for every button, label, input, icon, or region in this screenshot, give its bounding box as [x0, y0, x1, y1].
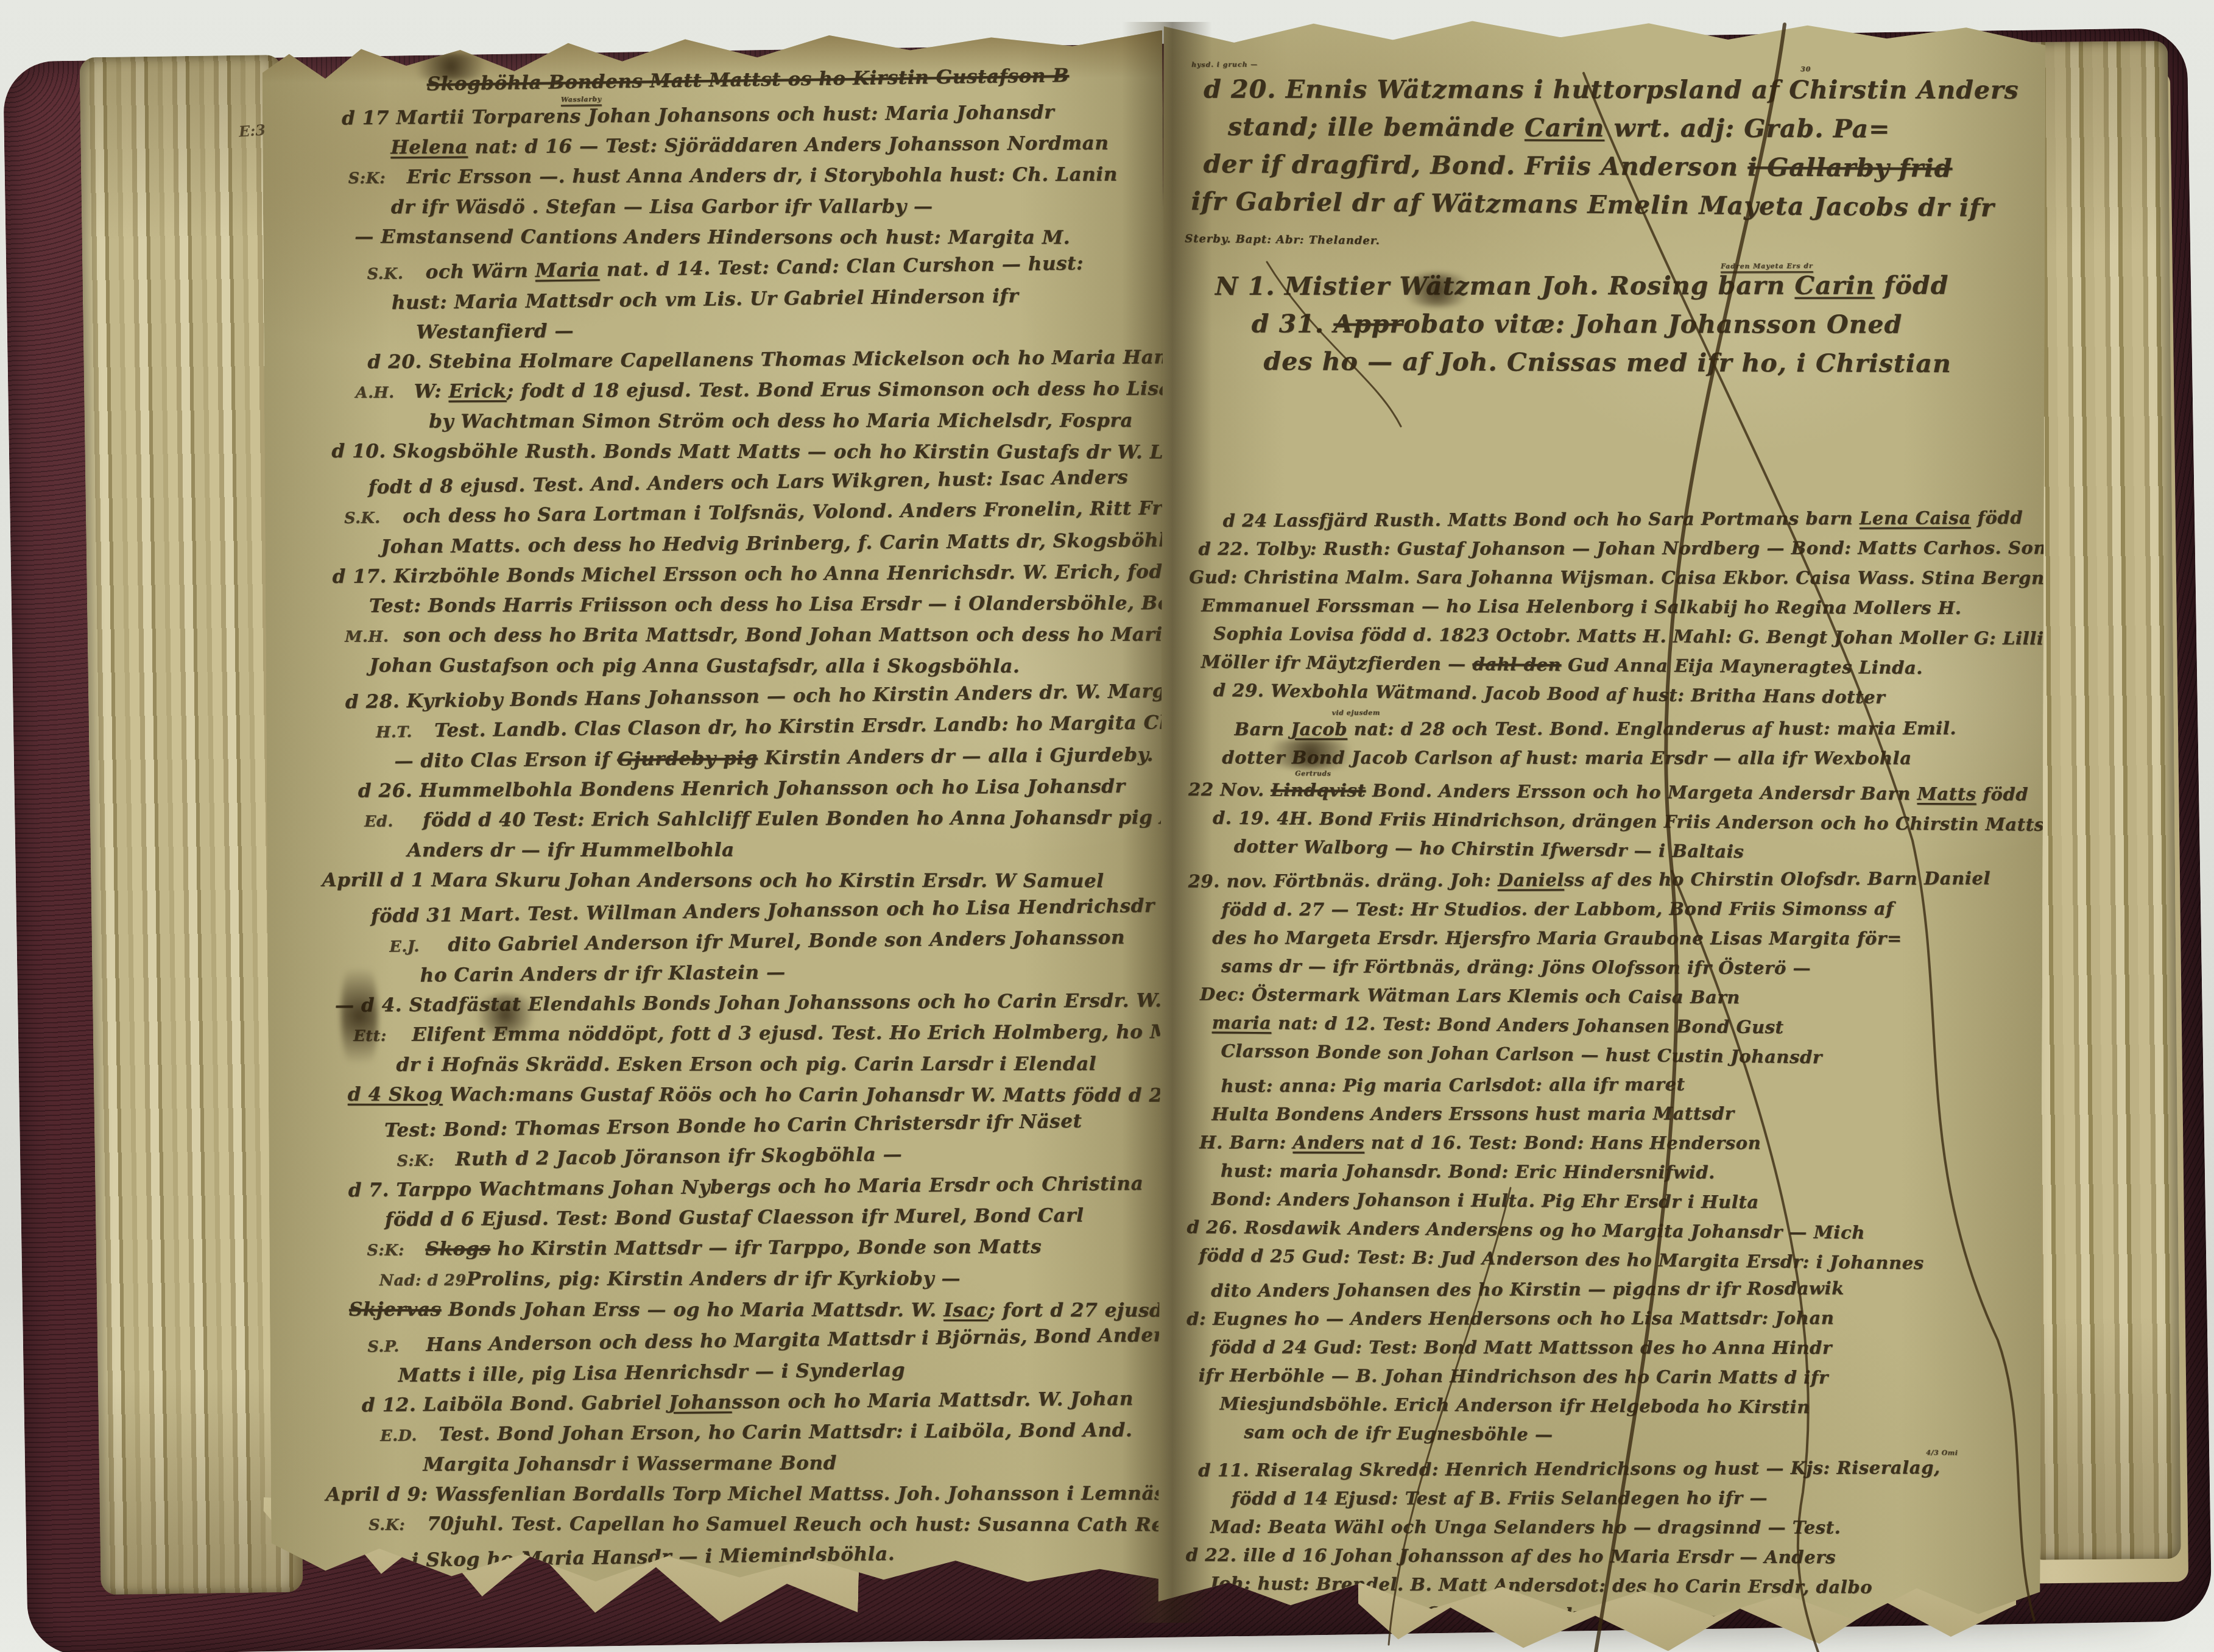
manuscript-line-text: dr ifr Wäsdö . Stefan — Lisa Garbor ifr … — [391, 196, 933, 218]
edge-margin-note: E:3 — [238, 121, 266, 141]
manuscript-line: Test: Bonds Harris Friisson och dess ho … — [369, 588, 1161, 621]
manuscript-line: — d 4. Stadfästat Elendahls Bonds Johan … — [335, 985, 1163, 1020]
manuscript-line: Nad: d 29Prolins, pig: Kirstin Anders dr… — [379, 1263, 1165, 1296]
manuscript-line-text: 70juhl. Test. Capellan ho Samuel Reuch o… — [427, 1513, 1172, 1536]
manuscript-line: hysd. i gruch — — [1191, 59, 2038, 67]
manuscript-line-text: Dec: Östermark Wätman Lars Klemis och Ca… — [1200, 984, 1740, 1008]
manuscript-line: S.K:70juhl. Test. Capellan ho Samuel Reu… — [368, 1509, 1166, 1541]
manuscript-line: dr ifr Wäsdö . Stefan — Lisa Garbor ifr … — [391, 191, 1158, 222]
manuscript-line-text: Joh: hust: Brendel. B. Matt Andersdot: d… — [1210, 1573, 1873, 1598]
manuscript-line-text: d 31. Approbato vitæ: Johan Johansson On… — [1252, 309, 1902, 339]
manuscript-line-text: d 7. Tarppo Wachtmans Johan Nybergs och … — [348, 1173, 1144, 1201]
manuscript-line: d 22. ille d 16 Johan Johansson af des h… — [1186, 1541, 2034, 1573]
manuscript-line-text: des ho Margeta Ersdr. Hjersfro Maria Gra… — [1212, 927, 1902, 948]
margin-code: H.T. — [376, 716, 435, 747]
manuscript-line-text: sam och de ifr Eugnesböhle — — [1244, 1421, 1553, 1444]
margin-code: Nad: d 29 — [379, 1265, 467, 1295]
manuscript-line-text: Skogböhla Bondens Matt Mattst os ho Kirs… — [427, 65, 1070, 95]
manuscript-line: A.H.W: Erick; fodt d 18 ejusd. Test. Bon… — [356, 373, 1160, 408]
manuscript-line-text: hust: Maria Mattsdr och vm Lis. Ur Gabri… — [392, 285, 1019, 314]
manuscript-line-text: född d 25 Gud: Test: B: Jud Anderson des… — [1199, 1244, 1924, 1273]
manuscript-line: dr i Hofnäs Skrädd. Esken Erson och pig.… — [397, 1048, 1164, 1080]
manuscript-line-text: d 24 Lassfjärd Rusth. Matts Bond och ho … — [1223, 507, 2023, 531]
manuscript-line: M.H.son och dess ho Brita Mattsdr, Bond … — [345, 619, 1161, 652]
manuscript-line-text: ho Carin Anders dr ifr Klastein — — [420, 961, 786, 986]
manuscript-line: 29. nov. Förtbnäs. dräng. Joh: Danielss … — [1188, 863, 2037, 895]
manuscript-line-text: der if dragfird, Bond. Friis Anderson i … — [1204, 149, 1953, 183]
manuscript-line-text: W: Erick; fodt d 18 ejusd. Test. Bond Er… — [414, 377, 1172, 402]
manuscript-line: Hulta Bondens Anders Erssons hust maria … — [1211, 1098, 2036, 1129]
manuscript-line-text: Sophia Lovisa född d. 1823 Octobr. Matts… — [1213, 623, 2046, 649]
manuscript-line: född d. 27 — Test: Hr Studios. der Labbo… — [1221, 894, 2036, 924]
margin-code: S:K: — [397, 1145, 456, 1176]
manuscript-line-text: ifr Herböhle — B. Johan Hindrichson des … — [1199, 1364, 1828, 1388]
manuscript-line-text: Test. Bond Johan Erson, ho Carin Mattsdr… — [439, 1419, 1132, 1445]
manuscript-line-text: 29. nov. Förtbnäs. dräng. Joh: Danielss … — [1188, 867, 1991, 891]
manuscript-line-text: född d 40 Test: Erich Sahlcliff Eulen Bo… — [423, 807, 1172, 831]
manuscript-line-text: Westanfierd — — [416, 320, 574, 343]
manuscript-line-text: Bond: Anders Johanson i Hulta. Pig Ehr E… — [1211, 1188, 1759, 1212]
manuscript-line-text: Test: Bonds Harris Friisson och dess ho … — [369, 591, 1172, 616]
manuscript-line: H. Barn: Anders nat d 16. Test: Bond: Ha… — [1199, 1128, 2036, 1157]
manuscript-line-text: Clarsson Bonde son Johan Carlson — hust … — [1221, 1040, 1822, 1068]
manuscript-line: E.D.Test. Bond Johan Erson, ho Carin Mat… — [380, 1414, 1166, 1450]
manuscript-line: Helena nat: d 16 — Test: Sjöräddaren And… — [390, 127, 1158, 163]
manuscript-line-text: född 31 Mart. Test. Willman Anders Johan… — [371, 895, 1155, 927]
manuscript-line-text: född d 14 Ejusd: Test af B. Friis Seland… — [1232, 1488, 1768, 1509]
margin-code: A.H. — [356, 376, 414, 407]
manuscript-line: född d 24 Gud: Test: Bond Matt Mattsson … — [1211, 1332, 2035, 1362]
manuscript-line: d 24 Lassfjärd Rusth. Matts Bond och ho … — [1223, 503, 2038, 535]
left-page: Skogböhla Bondens Matt Mattst os ho Kirs… — [262, 30, 1172, 1587]
manuscript-line-text: och dess ho Sara Lortman i Tolfsnäs, Vol… — [403, 497, 1172, 528]
manuscript-line: S:K:Eric Ersson —. hust Anna Anders dr, … — [348, 159, 1158, 193]
manuscript-line: d 20. Ennis Wätzmans i huttorpsland af C… — [1204, 70, 2038, 109]
manuscript-line: stand; ille bemände Carin wrt. adj: Grab… — [1228, 108, 2038, 149]
manuscript-line: Westanfierd — — [416, 311, 1159, 347]
ink-smear — [1252, 739, 1368, 769]
manuscript-line: d 11. Riseralag Skredd: Henrich Hendrich… — [1198, 1453, 2034, 1485]
manuscript-line: — dito Clas Erson if Gjurdeby pig Kirsti… — [394, 740, 1162, 777]
manuscript-line: d 22. Tolby: Rusth: Gustaf Johanson — Jo… — [1199, 533, 2038, 563]
manuscript-line-text: — d 4. Stadfästat Elendahls Bonds Johan … — [335, 989, 1172, 1017]
manuscript-line-text: d 20. Stebina Holmare Capellanens Thomas… — [367, 346, 1171, 373]
manuscript-line: d 26. Hummelbohla Bondens Henrich Johans… — [358, 771, 1162, 806]
manuscript-line-text: fodt d 8 ejusd. Test. And. Anders och La… — [368, 466, 1129, 498]
manuscript-line-text: 22 Nov. Lindqvist Bond. Anders Ersson oc… — [1188, 779, 2028, 805]
manuscript-line-text: d 29. Wexbohla Wätmand. Jacob Bood af hu… — [1213, 680, 1886, 708]
manuscript-line-text: född d. 27 — Test: Hr Studios. der Labbo… — [1221, 898, 1894, 920]
manuscript-line-text: Margita Johansdr i Wassermane Bond — [423, 1452, 837, 1475]
manuscript-line-text: Hans Anderson och dess ho Margita Mattsd… — [426, 1323, 1172, 1356]
manuscript-line-text: Helena nat: d 16 — Test: Sjöräddaren And… — [390, 132, 1109, 158]
manuscript-line-text: Johan Gustafson och pig Anna Gustafsdr, … — [370, 655, 1020, 677]
manuscript-line: d 31. Approbato vitæ: Johan Johansson On… — [1252, 305, 2037, 344]
manuscript-line: ifr Herböhle — B. Johan Hindrichson des … — [1199, 1360, 2035, 1393]
manuscript-line-text: d 26. Rosdawik Anders Andersens og ho Ma… — [1187, 1216, 1866, 1243]
manuscript-line: N 1. Mistier Wätzman Joh. Rosing barn Ca… — [1215, 267, 2037, 306]
manuscript-line: sam och de ifr Eugnesböhle — — [1244, 1417, 2034, 1453]
manuscript-line-text: Skjervas Bonds Johan Erss — og ho Maria … — [349, 1299, 1172, 1322]
right-page-text-upper: hysd. i gruch —30d 20. Ennis Wätzmans i … — [1185, 60, 2039, 384]
manuscript-line: Mad: Beata Wähl och Unga Selanders ho — … — [1210, 1513, 2034, 1542]
manuscript-line-text: N 1. Mistier Wätzman Joh. Rosing barn Ca… — [1215, 271, 1948, 302]
manuscript-line-text: Eric Ersson —. hust Anna Anders dr, i St… — [407, 163, 1118, 188]
manuscript-line: Ed.född d 40 Test: Erich Sahlcliff Eulen… — [364, 802, 1162, 836]
margin-code: S.K. — [344, 502, 403, 533]
manuscript-photo: Skogböhla Bondens Matt Mattst os ho Kirs… — [0, 0, 2214, 1652]
ink-smear — [469, 994, 542, 1037]
manuscript-line-text: Sterby. Bapt: Abr: Thelander. — [1185, 232, 1380, 247]
manuscript-line: född d 14 Ejusd: Test af B. Friis Seland… — [1232, 1483, 2034, 1514]
manuscript-line-text: Aprill d 1 Mara Skuru Johan Andersons oc… — [322, 869, 1104, 892]
manuscript-line: född d 6 Ejusd. Test: Bond Gustaf Claess… — [385, 1199, 1165, 1235]
manuscript-line-text: ifr Gabriel dr af Wätzmans Emelin Mayeta… — [1191, 186, 1994, 222]
manuscript-line-text: d 22. ille d 16 Johan Johansson af des h… — [1186, 1545, 1836, 1568]
manuscript-line-text: Prolins, pig: Kirstin Anders dr ifr Kyrk… — [467, 1268, 961, 1290]
manuscript-line-text: H. Barn: Anders nat d 16. Test: Bond: Ha… — [1199, 1132, 1761, 1153]
ink-smear — [1394, 274, 1479, 306]
manuscript-line-text: d 17 Martii Torparens Johan Johansons oc… — [342, 101, 1054, 129]
manuscript-line-text: d 4 Skog Wach:mans Gustaf Röös och ho Ca… — [348, 1084, 1172, 1107]
manuscript-line-text: dito Gabriel Anderson ifr Murel, Bonde s… — [448, 927, 1125, 956]
manuscript-line: sams dr — ifr Förtbnäs, dräng: Jöns Olof… — [1221, 951, 2036, 983]
manuscript-line-text: — dito Clas Erson if Gjurdeby pig Kirsti… — [394, 744, 1154, 772]
manuscript-line: d 20. Stebina Holmare Capellanens Thomas… — [367, 342, 1159, 377]
manuscript-line-text: — Emstansend Cantions Anders Hindersons … — [354, 226, 1070, 249]
manuscript-line-text: Emmanuel Forssman — ho Lisa Helenborg i … — [1201, 595, 1961, 618]
right-page: hysd. i gruch —30d 20. Ennis Wätzmans i … — [1158, 16, 2045, 1620]
margin-code: S.K: — [368, 1509, 427, 1540]
manuscript-line-text: d 11. Riseralag Skredd: Henrich Hendrich… — [1198, 1458, 1941, 1481]
manuscript-line-text: sams dr — ifr Förtbnäs, dräng: Jöns Olof… — [1221, 955, 1811, 978]
margin-code: S.P. — [367, 1330, 426, 1361]
manuscript-line: des ho Margeta Ersdr. Hjersfro Maria Gra… — [1212, 923, 2036, 953]
margin-code: S:K: — [348, 163, 407, 193]
manuscript-line-text: maria nat: d 12. Test: Bond Anders Johan… — [1212, 1012, 1784, 1037]
manuscript-line-text: son och dess ho Brita Mattsdr, Bond Joha… — [403, 623, 1172, 646]
manuscript-line: Barn Jacob nat: d 28 och Test. Bond. Eng… — [1234, 713, 2037, 744]
manuscript-line-text: och Wärn Maria nat. d 14. Test: Cand: Cl… — [425, 252, 1084, 283]
manuscript-line-text: dotter Walborg — ho Chirstin Ifwersdr — … — [1234, 836, 1744, 862]
manuscript-line-text: Gud: Christina Malm. Sara Johanna Wijsma… — [1189, 567, 2045, 588]
manuscript-line-text: Hulta Bondens Anders Erssons hust maria … — [1211, 1103, 1734, 1124]
manuscript-line-text: född d 24 Gud: Test: Bond Matt Mattsson … — [1211, 1336, 1832, 1358]
manuscript-line-text: d 17. Kirzböhle Bonds Michel Ersson och … — [333, 560, 1172, 588]
gutter-shadow — [1122, 22, 1212, 1623]
right-page-text-lower: d 24 Lassfjärd Rusth. Matts Bond och ho … — [1176, 503, 2037, 1621]
margin-code: Ed. — [364, 805, 423, 836]
margin-code: S.K. — [367, 258, 426, 289]
manuscript-line: S:K:Skogs ho Kirstin Mattsdr — ifr Tarpp… — [367, 1231, 1165, 1265]
manuscript-line-text: Miesjundsböhle. Erich Anderson ifr Helge… — [1220, 1393, 1810, 1417]
manuscript-line-text: dr i Hofnäs Skrädd. Esken Erson och pig.… — [397, 1053, 1097, 1076]
manuscript-line: Anders dr — ifr Hummelbohla — [407, 834, 1162, 866]
manuscript-line: dito Anders Johansen des ho Kirstin — pi… — [1211, 1273, 2035, 1305]
manuscript-line-text: stand; ille bemände Carin wrt. adj: Grab… — [1228, 112, 1891, 144]
manuscript-line-text: d 12. Laiböla Bond. Gabriel Johansson oc… — [362, 1388, 1133, 1416]
manuscript-line: hust: anna: Pig maria Carlsdot: alla ifr… — [1221, 1068, 2036, 1100]
manuscript-line: des ho — af Joh. Cnissas med ifr ho, i C… — [1264, 343, 2037, 384]
manuscript-line-text: by Wachtman Simon Ström och dess ho Mari… — [429, 409, 1133, 432]
manuscript-line-text: d: Eugnes ho — Anders Hendersons och ho … — [1186, 1307, 1834, 1329]
manuscript-line-text: Barn Jacob nat: d 28 och Test. Bond. Eng… — [1234, 718, 1956, 740]
manuscript-line: hust: maria Johansdr. Bond: Eric Hinders… — [1221, 1156, 2036, 1188]
manuscript-line-text: Johan Matts. och dess ho Hedvig Brinberg… — [381, 529, 1172, 558]
manuscript-line: Margita Johansdr i Wassermane Bond — [423, 1447, 1166, 1480]
manuscript-line-text: April d 9: Wassfenlian Bordalls Torp Mic… — [326, 1483, 1165, 1506]
manuscript-line-text: Test. Landb. Clas Clason dr, ho Kirstin … — [434, 711, 1172, 741]
manuscript-line-text: d. 19. 4H. Bond Friis Hindrichson, dräng… — [1213, 807, 2045, 835]
manuscript-line-text: hust: anna: Pig maria Carlsdot: alla ifr… — [1221, 1073, 1685, 1096]
manuscript-line-text: hust: maria Johansdr. Bond: Eric Hinders… — [1221, 1160, 1715, 1182]
manuscript-line-text: des ho — af Joh. Cnissas med ifr ho, i C… — [1264, 347, 1951, 379]
manuscript-line-text: d 20. Ennis Wätzmans i huttorpsland af C… — [1204, 74, 2019, 104]
margin-code: E.D. — [380, 1420, 439, 1451]
left-page-text: Skogböhla Bondens Matt Mattst os ho Kirs… — [275, 62, 1167, 1574]
manuscript-line-text: Skogs ho Kirstin Mattsdr — ifr Tarppo, B… — [425, 1236, 1042, 1260]
margin-code: M.H. — [345, 621, 403, 651]
manuscript-line-text: Test: Bond: Thomas Erson Bonde ho Carin … — [384, 1110, 1082, 1141]
manuscript-line-text: Anders dr — ifr Hummelbohla — [407, 839, 734, 861]
manuscript-line-text: Möller ifr Mäytzfierden — dahl den Gud A… — [1201, 651, 1923, 678]
manuscript-line: Gud: Christina Malm. Sara Johanna Wijsma… — [1189, 562, 2037, 592]
manuscript-line-text: d 28. Kyrkioby Bonds Hans Johansson — oc… — [345, 678, 1172, 713]
manuscript-line-text: d 10. Skogsböhle Rusth. Bonds Matt Matts… — [331, 440, 1171, 464]
manuscript-line: by Wachtman Simon Ström och dess ho Mari… — [429, 405, 1160, 436]
manuscript-line-text: Ruth d 2 Jacob Jöranson ifr Skogböhla — — [455, 1143, 902, 1170]
manuscript-line: d: Eugnes ho — Anders Hendersons och ho … — [1186, 1303, 2035, 1333]
manuscript-line: d 17. Kirzböhle Bonds Michel Ersson och … — [333, 556, 1161, 591]
manuscript-line-text: Mad: Beata Wähl och Unga Selanders ho — … — [1210, 1517, 1841, 1538]
manuscript-line: der if dragfird, Bond. Friis Anderson i … — [1204, 145, 2038, 188]
margin-code: S:K: — [367, 1234, 425, 1265]
manuscript-line: April d 9: Wassfenlian Bordalls Torp Mic… — [326, 1478, 1166, 1510]
manuscript-line: d 4 Skog Wach:mans Gustaf Röös och ho Ca… — [348, 1079, 1164, 1111]
manuscript-line-text: d 22. Tolby: Rusth: Gustaf Johanson — Jo… — [1199, 537, 2046, 559]
manuscript-line: ho Carin Anders dr ifr Klastein — — [420, 954, 1163, 990]
manuscript-line-text: född d 6 Ejusd. Test: Bond Gustaf Claess… — [385, 1204, 1084, 1230]
margin-code: E.J. — [389, 930, 448, 961]
manuscript-line-text: d 26. Hummelbohla Bondens Henrich Johans… — [358, 775, 1126, 802]
manuscript-line: Emmanuel Forssman — ho Lisa Helenborg i … — [1201, 591, 2037, 623]
manuscript-line-text: Matts i ille, pig Lisa Henrichsdr — i Sy… — [398, 1359, 905, 1386]
manuscript-line-text: dito Anders Johansen des ho Kirstin — pi… — [1211, 1277, 1844, 1301]
